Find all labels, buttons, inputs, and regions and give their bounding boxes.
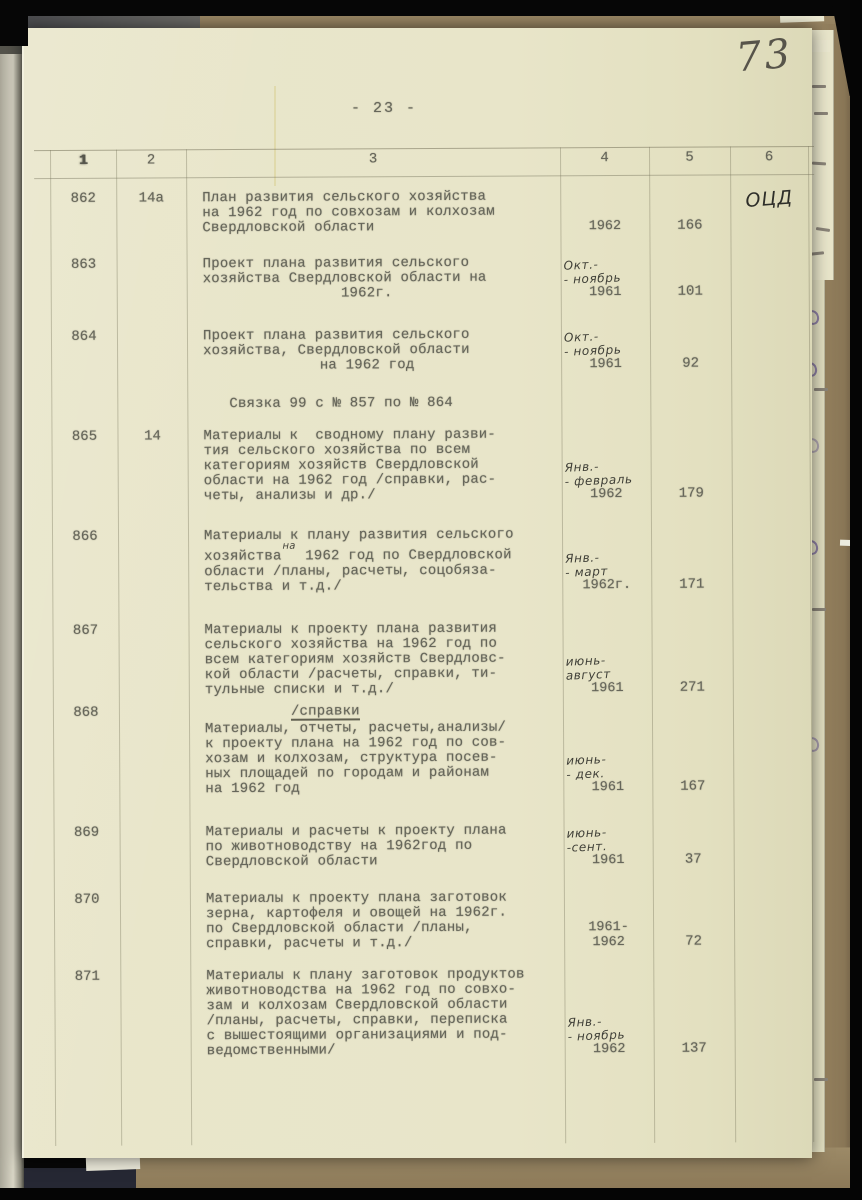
scan-artifact-bottom	[24, 1168, 136, 1190]
edge-mark	[814, 1078, 828, 1081]
title-line: Свердловской области	[206, 853, 564, 870]
date-cell	[561, 395, 650, 410]
entry-number-cell: 862	[50, 192, 116, 237]
bundle-separator: Связка 99 с № 857 по № 864	[187, 395, 561, 412]
pages-count-cell: 271	[651, 620, 732, 695]
inventory-entry-row: 86214аПлан развития сельского хозяйстван…	[50, 188, 808, 237]
date-typed-line: 1962	[560, 219, 649, 234]
title-cell: Материалы к плану заготовок продуктовжив…	[190, 967, 564, 1059]
title-line: тельства и т.д./	[204, 578, 562, 595]
title-cell: Материалы и расчеты к проекту планапо жи…	[190, 823, 564, 870]
title-line: тульные списки и т.д./	[205, 681, 563, 698]
column-header-6: 6	[730, 149, 808, 165]
inventory-entry-row: 870Материалы к проекту плана заготовокзе…	[54, 889, 812, 953]
date-typed-line: 1961-	[564, 920, 653, 935]
entry-number-cell: 869	[54, 825, 120, 870]
edge-mark	[812, 608, 826, 611]
entry-number-cell: 863	[51, 258, 117, 303]
inventory-entry-row: 866Материалы к плану развития сельскогох…	[52, 526, 810, 596]
entry-number-cell: 868	[53, 705, 119, 797]
index-cell	[120, 892, 190, 952]
note-cell	[734, 886, 812, 892]
date-cell: июнь--сент.1961	[564, 823, 653, 868]
note-cell	[732, 423, 810, 429]
note-cell	[733, 699, 811, 705]
handwritten-insert-line: /справки	[205, 703, 563, 722]
entry-number-cell: 870	[54, 892, 120, 952]
date-cell: Окт.-- ноябрь1961	[561, 255, 650, 300]
pages-count-cell: 72	[653, 889, 734, 949]
index-cell	[117, 257, 187, 302]
title-line: на 1962 год	[203, 357, 561, 374]
pages-count-cell: 137	[653, 966, 734, 1056]
inventory-entry-row: 871Материалы к плану заготовок продуктов…	[54, 966, 812, 1060]
note-cell	[732, 523, 810, 529]
scan-background-top	[0, 0, 862, 16]
inventory-entry-row: 867Материалы к проекту плана развитиясел…	[52, 620, 810, 699]
scan-background-corner	[0, 0, 28, 46]
note-cell	[734, 963, 812, 969]
title-line: 1962г.	[203, 285, 561, 302]
title-cell: Материалы к проекту плана заготовокзерна…	[190, 890, 564, 952]
date-cell: Янв.-- февраль1962	[561, 427, 650, 502]
title-cell: Проект плана развития сельскогохозяйства…	[187, 327, 561, 374]
entry-number-cell: 865	[51, 430, 117, 505]
entry-number-cell: 867	[52, 623, 118, 698]
index-cell	[120, 825, 190, 870]
entry-number-cell: 864	[51, 330, 117, 375]
date-cell: 1961-1962	[564, 890, 653, 950]
date-cell: 1962	[560, 189, 649, 234]
date-typed-line: 1961	[563, 780, 652, 795]
inventory-entry-row: 868/справкиМатериалы, отчеты, расчеты,ан…	[53, 702, 811, 798]
date-typed-line: 1962	[564, 935, 653, 950]
inventory-entry-row: 869Материалы и расчеты к проекту планапо…	[54, 822, 812, 871]
index-cell	[117, 397, 187, 412]
scan-background-bottom	[0, 1188, 862, 1200]
title-line: справки, расчеты и т.д./	[206, 935, 564, 952]
handwritten-superscript: на	[282, 541, 295, 552]
pages-count-cell: 171	[651, 526, 732, 592]
date-typed-line: 1962	[565, 1042, 654, 1057]
pages-cell	[650, 394, 731, 409]
title-cell: Материалы к плану развития сельскогохозя…	[188, 527, 562, 595]
previous-page-edge	[0, 46, 24, 1188]
document-page: 73 - 23 - 1 2 3 4 5 6 86214аПлан развити…	[22, 28, 812, 1158]
pages-count-cell: 166	[649, 188, 730, 233]
pages-count-cell: 179	[650, 426, 731, 501]
column-header-3: 3	[186, 150, 560, 168]
index-cell	[118, 623, 188, 698]
date-cell: июнь-август1961	[562, 621, 651, 696]
date-typed-line: 1961	[564, 853, 653, 868]
pages-count-cell: 92	[650, 326, 731, 371]
index-cell: 14	[117, 429, 187, 504]
title-line: ведомственными/	[207, 1042, 565, 1059]
index-cell	[120, 969, 190, 1059]
title-line: Свердловской области	[202, 219, 560, 236]
title-cell: /справкиМатериалы, отчеты, расчеты,анали…	[189, 703, 563, 797]
date-cell: Окт.-- ноябрь1961	[561, 327, 650, 372]
pages-count-cell: 167	[652, 702, 733, 794]
date-typed-line: 1961	[561, 357, 650, 372]
index-cell	[118, 529, 188, 595]
title-line: четы, анализы и др./	[204, 487, 562, 504]
bundle-separator-text: Связка 99 с № 857 по № 864	[203, 395, 561, 412]
bundle-separator-row: Связка 99 с № 857 по № 864	[51, 394, 809, 413]
column-header-5: 5	[649, 149, 730, 165]
note-cell	[731, 251, 809, 257]
date-typed-line: 1962	[562, 487, 651, 502]
column-header-2: 2	[116, 152, 186, 168]
scan-background-right	[850, 0, 862, 1200]
note-cell	[731, 391, 809, 397]
table-rule-header	[34, 174, 814, 179]
entry-number-cell: 871	[54, 969, 120, 1059]
table-header-row: 1 2 3 4 5 6	[50, 149, 808, 169]
column-header-1: 1	[50, 153, 116, 169]
column-header-4: 4	[560, 150, 649, 166]
date-cell: Янв.-- ноябрь1962	[564, 967, 653, 1057]
title-cell: Материалы к сводному плану разви-тия сел…	[187, 427, 561, 504]
title-cell: Материалы к проекту плана развитиясельск…	[188, 621, 562, 698]
title-line: на 1962 год	[205, 780, 563, 797]
inventory-entry-row: 864Проект плана развития сельскогохозяйс…	[51, 326, 809, 375]
title-line: хозяйствана 1962 год по Свердловской	[204, 542, 562, 565]
date-typed-line: 1962г.	[562, 578, 651, 593]
pages-count-cell: 37	[653, 822, 734, 867]
edge-mark	[814, 112, 828, 115]
date-cell: июнь-- дек.1961	[563, 703, 652, 795]
pages-count-cell: 101	[650, 254, 731, 299]
typed-sheet-number: - 23 -	[24, 100, 744, 117]
note-cell	[733, 617, 811, 623]
entry-number-cell: 866	[52, 530, 118, 596]
entry-number-cell	[51, 398, 117, 413]
note-cell: ОЦД	[730, 185, 809, 213]
archival-scan: 73 - 23 - 1 2 3 4 5 6 86214аПлан развити…	[0, 0, 862, 1200]
date-typed-line: 1961	[561, 285, 650, 300]
inventory-entry-row: 863Проект плана развития сельскогохозяйс…	[51, 254, 809, 303]
handwritten-folio-number: 73	[734, 34, 794, 79]
note-cell	[734, 819, 812, 825]
title-cell: Проект плана развития сельскогохозяйства…	[187, 255, 561, 302]
inventory-table: 1 2 3 4 5 6 86214аПлан развития сельског…	[50, 146, 813, 1156]
edge-mark	[812, 85, 826, 88]
edge-mark	[814, 388, 828, 391]
index-cell	[119, 705, 189, 797]
note-cell	[731, 323, 809, 329]
index-cell: 14а	[116, 191, 186, 236]
table-rows: 86214аПлан развития сельского хозяйстван…	[50, 188, 813, 1060]
title-cell: План развития сельского хозяйствана 1962…	[186, 189, 560, 236]
date-typed-line: 1961	[563, 681, 652, 696]
date-cell: Янв.-- март1962г.	[562, 527, 651, 593]
inventory-entry-row: 86514Материалы к сводному плану разви-ти…	[51, 426, 809, 505]
index-cell	[117, 329, 187, 374]
inserted-word: /справки	[291, 704, 360, 720]
